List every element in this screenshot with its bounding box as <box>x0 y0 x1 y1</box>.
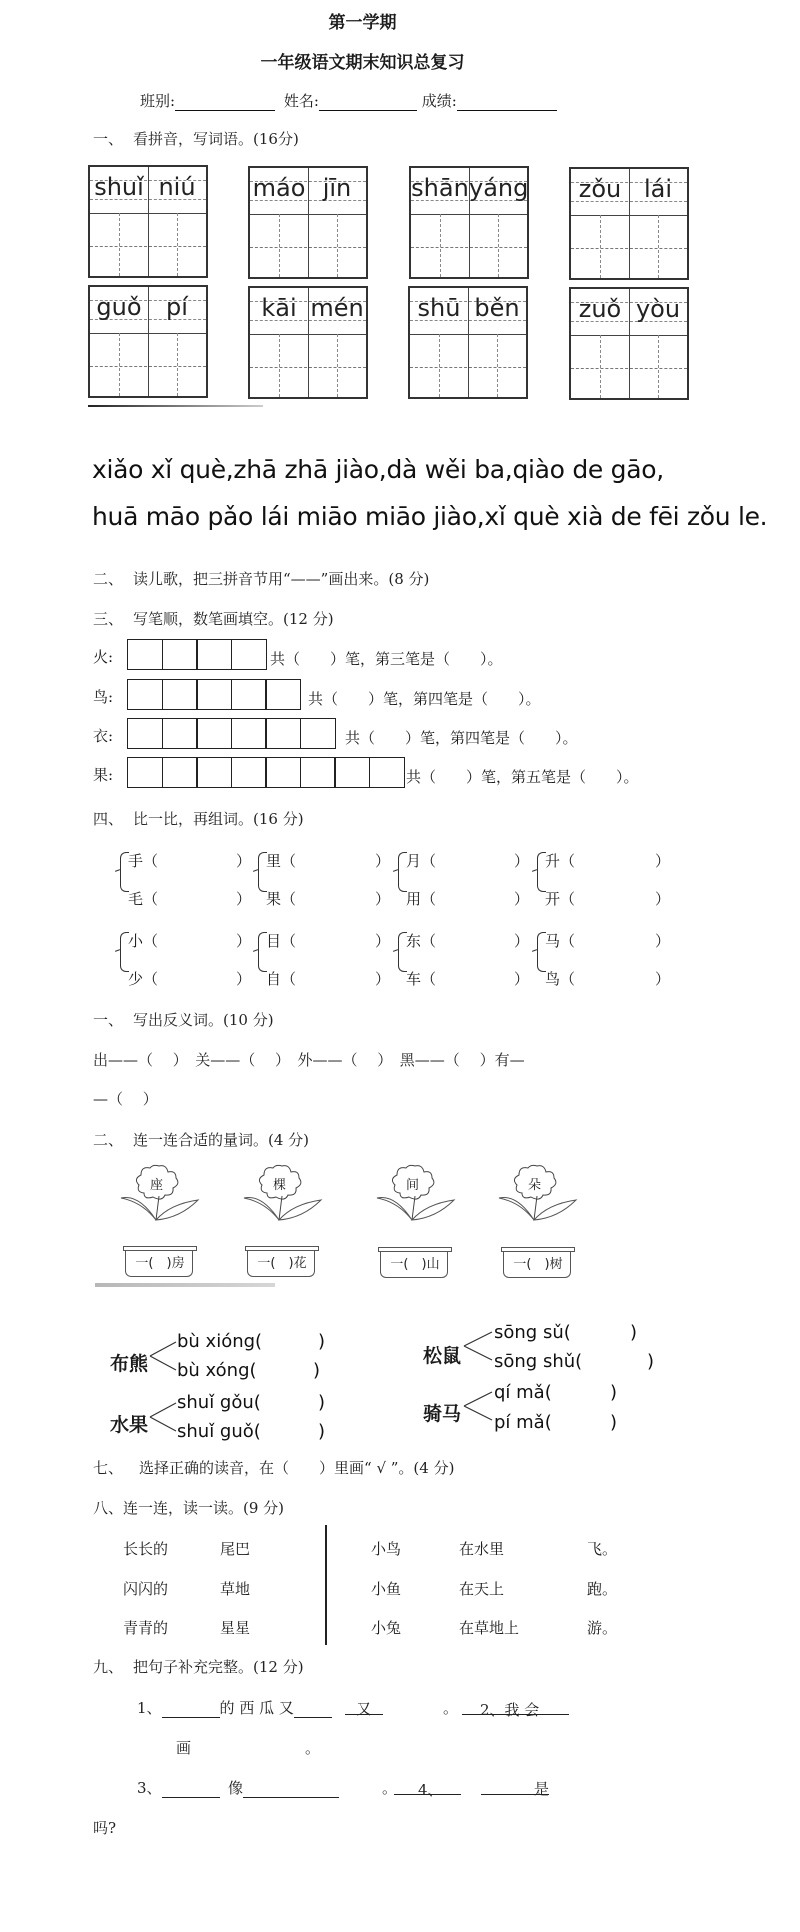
close-paren: ） <box>514 930 529 951</box>
stroke-char: 果: <box>93 764 113 785</box>
sentence-end: 。 <box>305 1737 320 1758</box>
section-1-heading: 一、看拼音，写词语。(16分) <box>93 128 299 149</box>
close-paren: ) <box>318 1331 325 1352</box>
close-paren: ） <box>236 968 251 989</box>
choice-option[interactable]: shuǐ gǒu( <box>177 1392 261 1413</box>
section-2-heading: 二、读儿歌，把三拼音节用“——”画出来。(8 分) <box>93 568 429 589</box>
name-field[interactable] <box>319 94 417 111</box>
section-6-heading: 二、连一连合适的量词。(4 分) <box>93 1129 309 1150</box>
pinyin-left: guǒ <box>90 293 148 321</box>
flower-label: 棵 <box>273 1174 286 1193</box>
section-title: 写笔顺，数笔画填空。(12 分) <box>133 610 334 628</box>
pinyin-right: jīn <box>308 174 366 202</box>
pinyin-right: mén <box>308 294 366 322</box>
tianzi-box[interactable]: zuǒyòu <box>569 287 689 400</box>
score-field[interactable] <box>457 94 557 111</box>
word-pair-bottom: 用（ <box>406 888 436 909</box>
pinyin-right: lái <box>629 175 687 203</box>
match-item[interactable]: 飞。 <box>587 1538 617 1559</box>
blank-field[interactable] <box>294 1701 332 1718</box>
word-pair-bottom: 毛（ <box>128 888 158 909</box>
pinyin-left: máo <box>250 174 308 202</box>
fork-icon <box>462 1386 496 1426</box>
word-pair-bottom: 少（ <box>128 968 158 989</box>
close-paren: ） <box>236 888 251 909</box>
section-title: 比一比，再组词。(16 分) <box>133 810 304 828</box>
blank-field[interactable]: 又 <box>345 1698 383 1715</box>
word-pair-top: 升（ <box>545 850 575 871</box>
score-label: 成绩: <box>422 92 457 110</box>
close-paren: ) <box>610 1382 617 1403</box>
close-paren: ) <box>318 1392 325 1413</box>
word-pair-bottom: 果（ <box>266 888 296 909</box>
match-item[interactable]: 小兔 <box>371 1617 401 1638</box>
sentence-number: 1、 <box>137 1699 162 1717</box>
flower-icon[interactable]: 朵 <box>494 1162 580 1224</box>
tianzi-box[interactable]: shānyáng <box>409 166 529 279</box>
tianzi-box[interactable]: kāimén <box>248 286 368 399</box>
close-paren: ) <box>610 1412 617 1433</box>
pot-label: 一( )花 <box>248 1252 316 1271</box>
sentence-text: 又 <box>356 1700 371 1718</box>
stroke-question: 共（ ）笔，第四笔是（ ）。 <box>345 727 578 748</box>
pot-icon[interactable]: 一( )山 <box>378 1247 452 1279</box>
sentence-2: 2、我 会 <box>462 1697 569 1715</box>
section-number: 一、 <box>93 1009 133 1030</box>
close-paren: ) <box>630 1322 637 1343</box>
sentence-4-cont: 是 <box>481 1777 549 1795</box>
stroke-boxes[interactable] <box>127 757 403 788</box>
tianzi-box[interactable]: shūběn <box>408 286 528 399</box>
pinyin-left: shuǐ <box>90 173 148 201</box>
tianzi-box[interactable]: máojīn <box>248 166 368 279</box>
close-paren: ） <box>514 888 529 909</box>
flower-label: 间 <box>406 1174 419 1193</box>
match-item[interactable]: 草地 <box>220 1578 250 1599</box>
sentence-3: 3、 <box>137 1777 220 1798</box>
section-title: 把句子补充完整。(12 分) <box>133 1658 304 1676</box>
choice-word: 布熊 <box>110 1349 148 1376</box>
poem-line-1: xiǎo xǐ què,zhā zhā jiào,dà wěi ba,qiào … <box>92 455 664 484</box>
close-paren: ） <box>655 930 670 951</box>
sentence-text: 是 <box>534 1780 549 1798</box>
stroke-boxes[interactable] <box>127 639 265 670</box>
sentence-end: 。 <box>443 1697 458 1718</box>
sentence-text: 像 <box>228 1779 243 1797</box>
stroke-char: 火: <box>93 646 113 667</box>
name-label: 姓名: <box>284 92 319 110</box>
student-info: 班别: 姓名: 成绩: <box>140 90 557 111</box>
choice-option[interactable]: bù xóng( <box>177 1360 257 1381</box>
close-paren: ） <box>375 850 390 871</box>
match-item[interactable]: 在天上 <box>459 1578 504 1599</box>
sentence-number: 4、 <box>418 1781 443 1799</box>
word-pair-top: 小（ <box>128 930 158 951</box>
pinyin-right: pí <box>148 293 206 321</box>
section-number: 二、 <box>93 568 133 589</box>
sentence-4-end: 吗? <box>93 1817 116 1838</box>
match-item[interactable]: 长长的 <box>123 1538 168 1559</box>
poem-line-2: huā māo pǎo lái miāo miāo jiào,xǐ què xi… <box>92 502 767 531</box>
pinyin-right: yòu <box>629 295 687 323</box>
divider-line <box>325 1525 327 1645</box>
tianzi-box[interactable]: shuǐniú <box>88 165 208 278</box>
section-8-heading: 八、连一连，读一读。(9 分) <box>93 1497 284 1518</box>
section-number: 三、 <box>93 608 133 629</box>
choice-option[interactable]: bù xióng( <box>177 1331 262 1352</box>
choice-option[interactable]: qí mǎ( <box>494 1382 552 1403</box>
close-paren: ） <box>655 888 670 909</box>
page-title: 一年级语文期末知识总复习 <box>0 48 725 73</box>
sentence-1-cont: 又 <box>345 1697 383 1715</box>
word-pair-top: 月（ <box>406 850 436 871</box>
flower-icon[interactable]: 间 <box>372 1162 458 1224</box>
sentence-4: 4、 <box>394 1777 461 1795</box>
stroke-question: 共（ ）笔，第五笔是（ ）。 <box>406 766 639 787</box>
pinyin-left: kāi <box>250 294 308 322</box>
match-item[interactable]: 小鱼 <box>371 1578 401 1599</box>
match-item[interactable]: 在草地上 <box>459 1617 519 1638</box>
blank-field[interactable]: 4、 <box>394 1779 461 1795</box>
term-title: 第一学期 <box>0 8 725 33</box>
close-paren: ） <box>236 930 251 951</box>
match-item[interactable]: 游。 <box>587 1617 617 1638</box>
section-title: 选择正确的读音，在（ ）里画“ √ ”。(4 分) <box>139 1459 454 1477</box>
close-paren: ) <box>647 1351 654 1372</box>
blank-field[interactable] <box>162 1781 220 1798</box>
sentence-3-cont: 像 <box>228 1777 339 1798</box>
section-number: 九、 <box>93 1656 133 1677</box>
section-9-heading: 九、把句子补充完整。(12 分) <box>93 1656 304 1677</box>
antonym-line-2: —（ ） <box>93 1088 158 1109</box>
word-pair-top: 目（ <box>266 930 296 951</box>
section-number: 四、 <box>93 808 133 829</box>
fork-icon <box>148 1336 180 1376</box>
blank-field[interactable] <box>162 1701 220 1718</box>
divider <box>88 405 263 407</box>
close-paren: ） <box>514 850 529 871</box>
close-paren: ） <box>375 888 390 909</box>
sentence-number: 2、我 会 <box>480 1701 539 1719</box>
stroke-question: 共（ ）笔，第四笔是（ ）。 <box>308 688 541 709</box>
pinyin-right: běn <box>468 294 526 322</box>
close-paren: ） <box>655 850 670 871</box>
sentence-number: 3、 <box>137 1779 162 1797</box>
close-paren: ） <box>655 968 670 989</box>
pinyin-left: shū <box>410 294 468 322</box>
choice-word: 水果 <box>110 1410 148 1437</box>
pinyin-left: shān <box>411 174 469 202</box>
stroke-boxes[interactable] <box>127 679 300 710</box>
word-pair-bottom: 车（ <box>406 968 436 989</box>
flower-icon[interactable]: 座 <box>116 1162 202 1224</box>
stroke-char: 鸟: <box>93 686 113 707</box>
sentence-1: 1、的 西 瓜 又 <box>137 1697 332 1718</box>
sentence-text: 的 西 瓜 又 <box>220 1699 294 1717</box>
choice-option[interactable]: sōng sǔ( <box>494 1322 571 1343</box>
pinyin-right: niú <box>148 173 206 201</box>
word-pair-top: 马（ <box>545 930 575 951</box>
stroke-char: 衣: <box>93 725 113 746</box>
choice-word: 松鼠 <box>423 1341 461 1368</box>
class-field[interactable] <box>175 94 275 111</box>
flower-label: 朵 <box>528 1174 541 1193</box>
section-number: 七、 <box>93 1457 139 1478</box>
pot-label: 一( )山 <box>381 1253 449 1272</box>
choice-option[interactable]: sōng shǔ( <box>494 1351 582 1372</box>
pot-icon[interactable]: 一( )树 <box>501 1247 575 1279</box>
class-label: 班别: <box>140 92 175 110</box>
tianzi-box[interactable]: zǒulái <box>569 167 689 280</box>
scan-artifact <box>95 1283 275 1287</box>
word-pair-bottom: 开（ <box>545 888 575 909</box>
match-item[interactable]: 在水里 <box>459 1538 504 1559</box>
section-title: 连一连合适的量词。(4 分) <box>133 1131 309 1149</box>
section-title: 读儿歌，把三拼音节用“——”画出来。(8 分) <box>133 570 429 588</box>
match-item[interactable]: 跑。 <box>587 1578 617 1599</box>
match-item[interactable]: 青青的 <box>123 1617 168 1638</box>
word-pair-bottom: 鸟（ <box>545 968 575 989</box>
match-item[interactable]: 尾巴 <box>220 1538 250 1559</box>
close-paren: ） <box>375 930 390 951</box>
choice-option[interactable]: shuǐ guǒ( <box>177 1421 261 1442</box>
section-7-heading: 七、选择正确的读音，在（ ）里画“ √ ”。(4 分) <box>93 1457 454 1478</box>
blank-field[interactable]: 是 <box>481 1778 549 1795</box>
choice-word: 骑马 <box>423 1399 461 1426</box>
section-5-heading: 一、写出反义词。(10 分) <box>93 1009 274 1030</box>
antonym-line-1: 出——（ ） 关——（ ） 外——（ ） 黑——（ ）有— <box>93 1049 525 1070</box>
section-3-heading: 三、写笔顺，数笔画填空。(12 分) <box>93 608 334 629</box>
section-4-heading: 四、比一比，再组词。(16 分) <box>93 808 304 829</box>
fork-icon <box>462 1326 496 1366</box>
word-pair-top: 里（ <box>266 850 296 871</box>
blank-field[interactable] <box>243 1781 339 1798</box>
pot-label: 一( )树 <box>504 1253 572 1272</box>
match-item[interactable]: 星星 <box>220 1617 250 1638</box>
match-item[interactable]: 小鸟 <box>371 1538 401 1559</box>
pinyin-left: zuǒ <box>571 295 629 323</box>
close-paren: ) <box>313 1360 320 1381</box>
word-pair-bottom: 自（ <box>266 968 296 989</box>
stroke-boxes[interactable] <box>127 718 334 749</box>
flower-icon[interactable]: 棵 <box>239 1162 325 1224</box>
close-paren: ） <box>514 968 529 989</box>
section-number: 二、 <box>93 1129 133 1150</box>
fork-icon <box>148 1397 180 1437</box>
match-item[interactable]: 闪闪的 <box>123 1578 168 1599</box>
close-paren: ) <box>318 1421 325 1442</box>
word-pair-top: 手（ <box>128 850 158 871</box>
pot-label: 一( )房 <box>126 1252 194 1271</box>
sentence-2-cont: 画 <box>176 1737 191 1758</box>
close-paren: ） <box>375 968 390 989</box>
choice-option[interactable]: pí mǎ( <box>494 1412 552 1433</box>
close-paren: ） <box>236 850 251 871</box>
stroke-question: 共（ ）笔，第三笔是（ ）。 <box>270 648 503 669</box>
pinyin-left: zǒu <box>571 175 629 203</box>
pot-icon[interactable]: 一( )房 <box>123 1246 197 1278</box>
tianzi-box[interactable]: guǒpí <box>88 285 208 398</box>
section-title: 看拼音，写词语。(16分) <box>133 130 299 148</box>
pinyin-right: yáng <box>469 174 527 202</box>
blank-field[interactable]: 2、我 会 <box>462 1699 569 1715</box>
section-title: 写出反义词。(10 分) <box>133 1011 274 1029</box>
flower-label: 座 <box>150 1174 163 1193</box>
word-pair-top: 东（ <box>406 930 436 951</box>
section-number: 一、 <box>93 128 133 149</box>
pot-icon[interactable]: 一( )花 <box>245 1246 319 1278</box>
